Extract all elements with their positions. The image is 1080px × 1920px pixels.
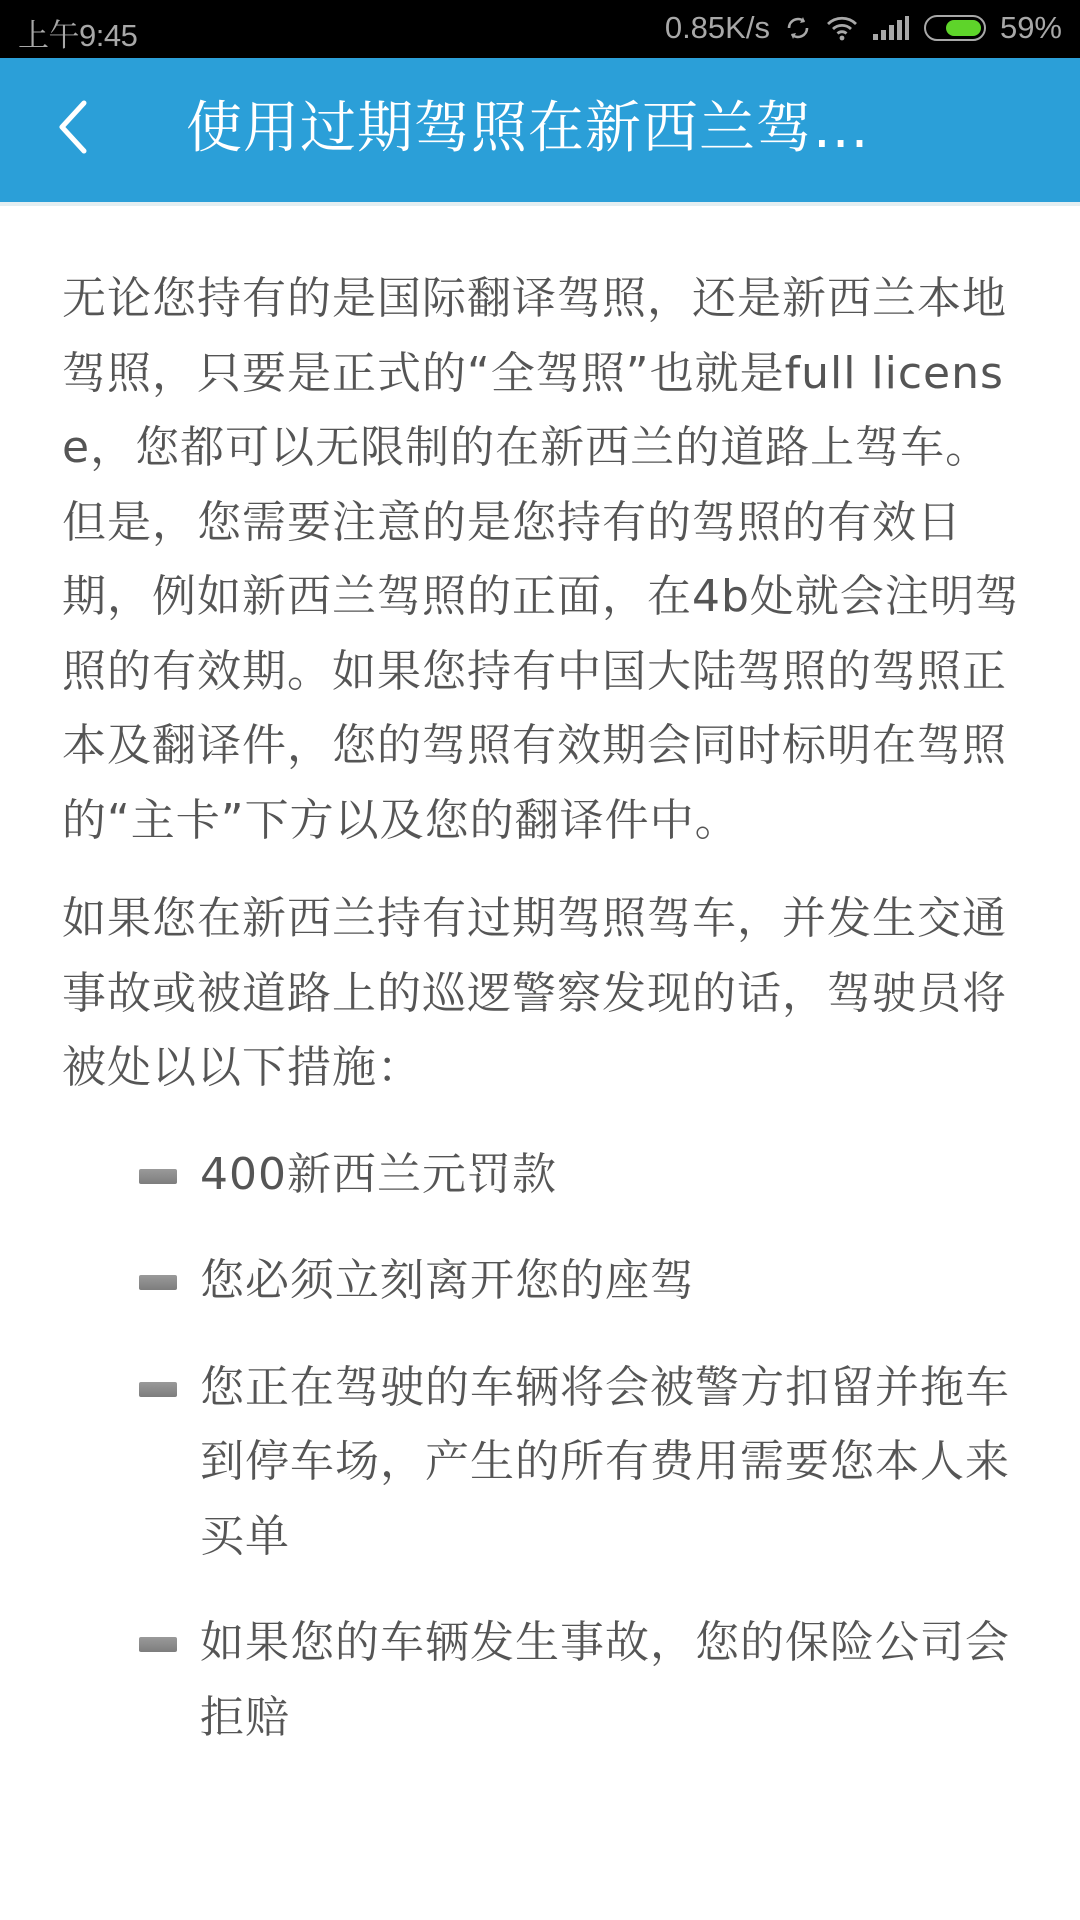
list-item-text: 您正在驾驶的车辆将会被警方扣留并拖车到停车场，产生的所有费用需要您本人来买单	[200, 1362, 1010, 1562]
list-item-text: 如果您的车辆发生事故，您的保险公司会拒赔	[200, 1617, 1010, 1743]
app-bar-divider	[0, 202, 1080, 206]
app-bar: 使用过期驾照在新西兰驾...	[0, 58, 1080, 202]
article-body: 无论您持有的是国际翻译驾照，还是新西兰本地驾照，只要是正式的“全驾照”也就是fu…	[62, 262, 1022, 1787]
network-speed: 0.85K/s	[665, 10, 770, 46]
wifi-icon	[826, 15, 858, 41]
dash-bullet-icon	[139, 1169, 177, 1184]
page-title: 使用过期驾照在新西兰驾...	[186, 94, 869, 164]
back-button[interactable]	[40, 96, 106, 162]
dash-bullet-icon	[139, 1382, 177, 1397]
list-item: 您必须立刻离开您的座驾	[62, 1244, 1022, 1319]
list-item: 您正在驾驶的车辆将会被警方扣留并拖车到停车场，产生的所有费用需要您本人来买单	[62, 1351, 1022, 1575]
status-time: 上午9:45	[18, 10, 137, 55]
sync-icon	[784, 14, 812, 42]
signal-icon	[872, 15, 910, 41]
dash-bullet-icon	[139, 1637, 177, 1652]
article-paragraph: 无论您持有的是国际翻译驾照，还是新西兰本地驾照，只要是正式的“全驾照”也就是fu…	[62, 262, 1022, 858]
status-bar: 上午9:45 0.85K/s 59%	[0, 0, 1080, 58]
dash-bullet-icon	[139, 1275, 177, 1290]
article-paragraph: 如果您在新西兰持有过期驾照驾车，并发生交通事故或被道路上的巡逻警察发现的话，驾驶…	[62, 882, 1022, 1106]
status-icons: 0.85K/s 59%	[665, 10, 1062, 46]
battery-icon	[924, 15, 986, 41]
list-item-text: 400新西兰元罚款	[200, 1149, 557, 1200]
list-item: 如果您的车辆发生事故，您的保险公司会拒赔	[62, 1606, 1022, 1755]
list-item-text: 您必须立刻离开您的座驾	[200, 1255, 695, 1306]
list-item: 400新西兰元罚款	[62, 1138, 1022, 1213]
battery-percent: 59%	[1000, 10, 1062, 46]
chevron-left-icon	[56, 99, 90, 159]
penalty-list: 400新西兰元罚款 您必须立刻离开您的座驾 您正在驾驶的车辆将会被警方扣留并拖车…	[62, 1138, 1022, 1756]
